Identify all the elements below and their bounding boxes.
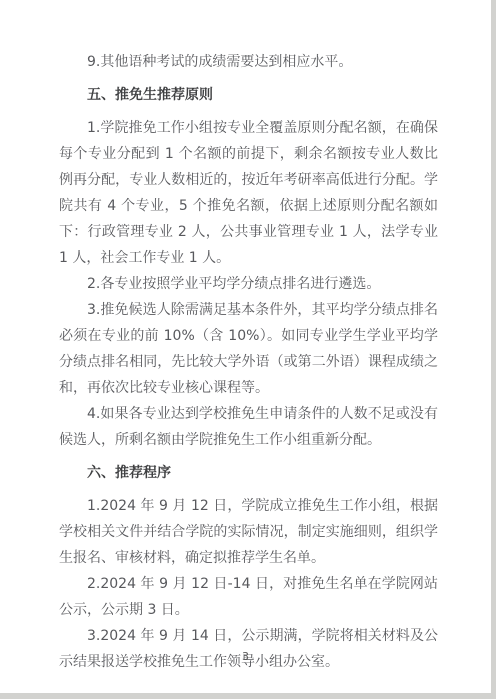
- paragraph: 3.2024 年 9 月 14 日，公示期满，学院将相关材料及公示结果报送学校推…: [59, 623, 438, 675]
- section-heading-five: 五、推免生推荐原则: [59, 82, 438, 108]
- document-body: 9.其他语种考试的成绩需要达到相应水平。 五、推免生推荐原则 1.学院推免工作小…: [59, 49, 438, 675]
- page-number: 3: [0, 650, 491, 663]
- paragraph: 9.其他语种考试的成绩需要达到相应水平。: [59, 49, 438, 75]
- section-heading-six: 六、推荐程序: [59, 460, 438, 486]
- paragraph: 4.如果各专业达到学校推免生申请条件的人数不足或没有候选人，所剩名额由学院推免生…: [59, 401, 438, 453]
- paragraph: 2.各专业按照学业平均学分绩点排名进行遴选。: [59, 271, 438, 297]
- paragraph: 2.2024 年 9 月 12 日-14 日，对推免生名单在学院网站公示，公示期…: [59, 571, 438, 623]
- paragraph: 1.2024 年 9 月 12 日，学院成立推免生工作小组，根据学校相关文件并结…: [59, 493, 438, 571]
- paragraph: 3.推免候选人除需满足基本条件外，其平均学分绩点排名必须在专业的前 10%（含 …: [59, 297, 438, 401]
- paragraph: 1.学院推免工作小组按专业全覆盖原则分配名额，在确保每个专业分配到 1 个名额的…: [59, 115, 438, 271]
- document-page: 9.其他语种考试的成绩需要达到相应水平。 五、推免生推荐原则 1.学院推免工作小…: [0, 0, 491, 693]
